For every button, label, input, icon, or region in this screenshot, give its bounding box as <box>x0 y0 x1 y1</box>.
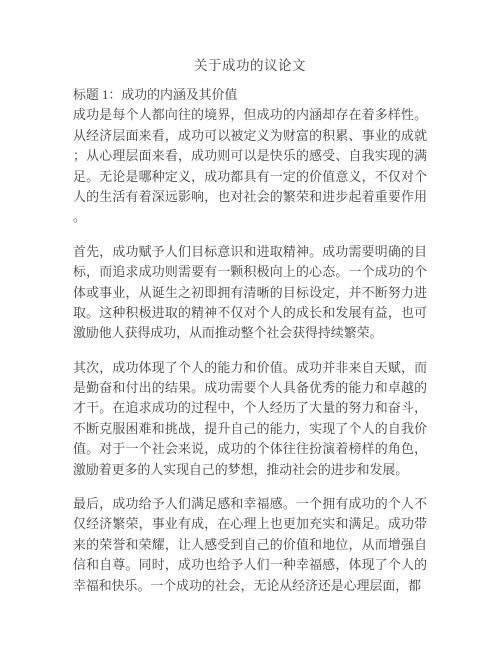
text-line: 足。无论是哪种定义，成功都具有一定的价值意义，不仅对个 <box>73 167 427 187</box>
text-line: 是勤奋和付出的结果。成功需要个人具备优秀的能力和卓越的 <box>73 378 427 398</box>
text-line: 幸福和快乐。一个成功的社会，无论从经济还是心理层面，都 <box>73 576 427 596</box>
text-line: 激励他人获得成功，从而推动整个社会获得持续繁荣。 <box>73 323 427 343</box>
text-line: 值。对于一个社会来说，成功的个体往往扮演着榜样的角色， <box>73 439 427 459</box>
document-title: 关于成功的议论文 <box>73 56 427 76</box>
text-line: 信和自尊。同时，成功也给予人们一种幸福感，体现了个人的 <box>73 555 427 575</box>
text-line: 人的生活有着深远影响，也对社会的繁荣和进步起着重要作用 <box>73 187 427 207</box>
paragraph: 首先，成功赋予人们目标意识和进取精神。成功需要明确的目标，而追求成功则需要有一颗… <box>73 242 427 344</box>
section-heading: 标题 1：成功的内涵及其价值 <box>73 85 427 105</box>
text-line: 激励着更多的人实现自己的梦想，推动社会的进步和发展。 <box>73 460 427 480</box>
text-line: 才干。在追求成功的过程中，个人经历了大量的努力和奋斗， <box>73 398 427 418</box>
text-line: 不断克服困难和挑战，提升自己的能力，实现了个人的自我价 <box>73 419 427 439</box>
text-line: 成功是每个人都向往的境界，但成功的内涵却存在着多样性。 <box>73 105 427 125</box>
paragraph: 其次，成功体现了个人的能力和价值。成功并非来自天赋，而是勤奋和付出的结果。成功需… <box>73 358 427 480</box>
paragraph: 最后，成功给予人们满足感和幸福感。一个拥有成功的个人不仅经济繁荣，事业有成，在心… <box>73 494 427 596</box>
text-line: 取。这种积极进取的精神不仅对个人的成长和发展有益，也可 <box>73 303 427 323</box>
text-line: 其次，成功体现了个人的能力和价值。成功并非来自天赋，而 <box>73 358 427 378</box>
text-line: 来的荣誉和荣耀，让人感受到自己的价值和地位，从而增强自 <box>73 535 427 555</box>
paragraph: 成功是每个人都向往的境界，但成功的内涵却存在着多样性。从经济层面来看，成功可以被… <box>73 105 427 227</box>
document-body: 成功是每个人都向往的境界，但成功的内涵却存在着多样性。从经济层面来看，成功可以被… <box>73 105 427 596</box>
document-page: 关于成功的议论文 标题 1：成功的内涵及其价值 成功是每个人都向往的境界，但成功… <box>0 0 500 647</box>
text-line: 仅经济繁荣，事业有成，在心理上也更加充实和满足。成功带 <box>73 514 427 534</box>
text-line: 首先，成功赋予人们目标意识和进取精神。成功需要明确的目 <box>73 242 427 262</box>
text-line: 从经济层面来看，成功可以被定义为财富的积累、事业的成就 <box>73 126 427 146</box>
text-line: ；从心理层面来看，成功则可以是快乐的感受、自我实现的满 <box>73 146 427 166</box>
text-line: 最后，成功给予人们满足感和幸福感。一个拥有成功的个人不 <box>73 494 427 514</box>
text-line: 体或事业，从诞生之初即拥有清晰的目标设定，并不断努力进 <box>73 283 427 303</box>
text-line: 标，而追求成功则需要有一颗积极向上的心态。一个成功的个 <box>73 262 427 282</box>
text-line: 。 <box>73 207 427 227</box>
